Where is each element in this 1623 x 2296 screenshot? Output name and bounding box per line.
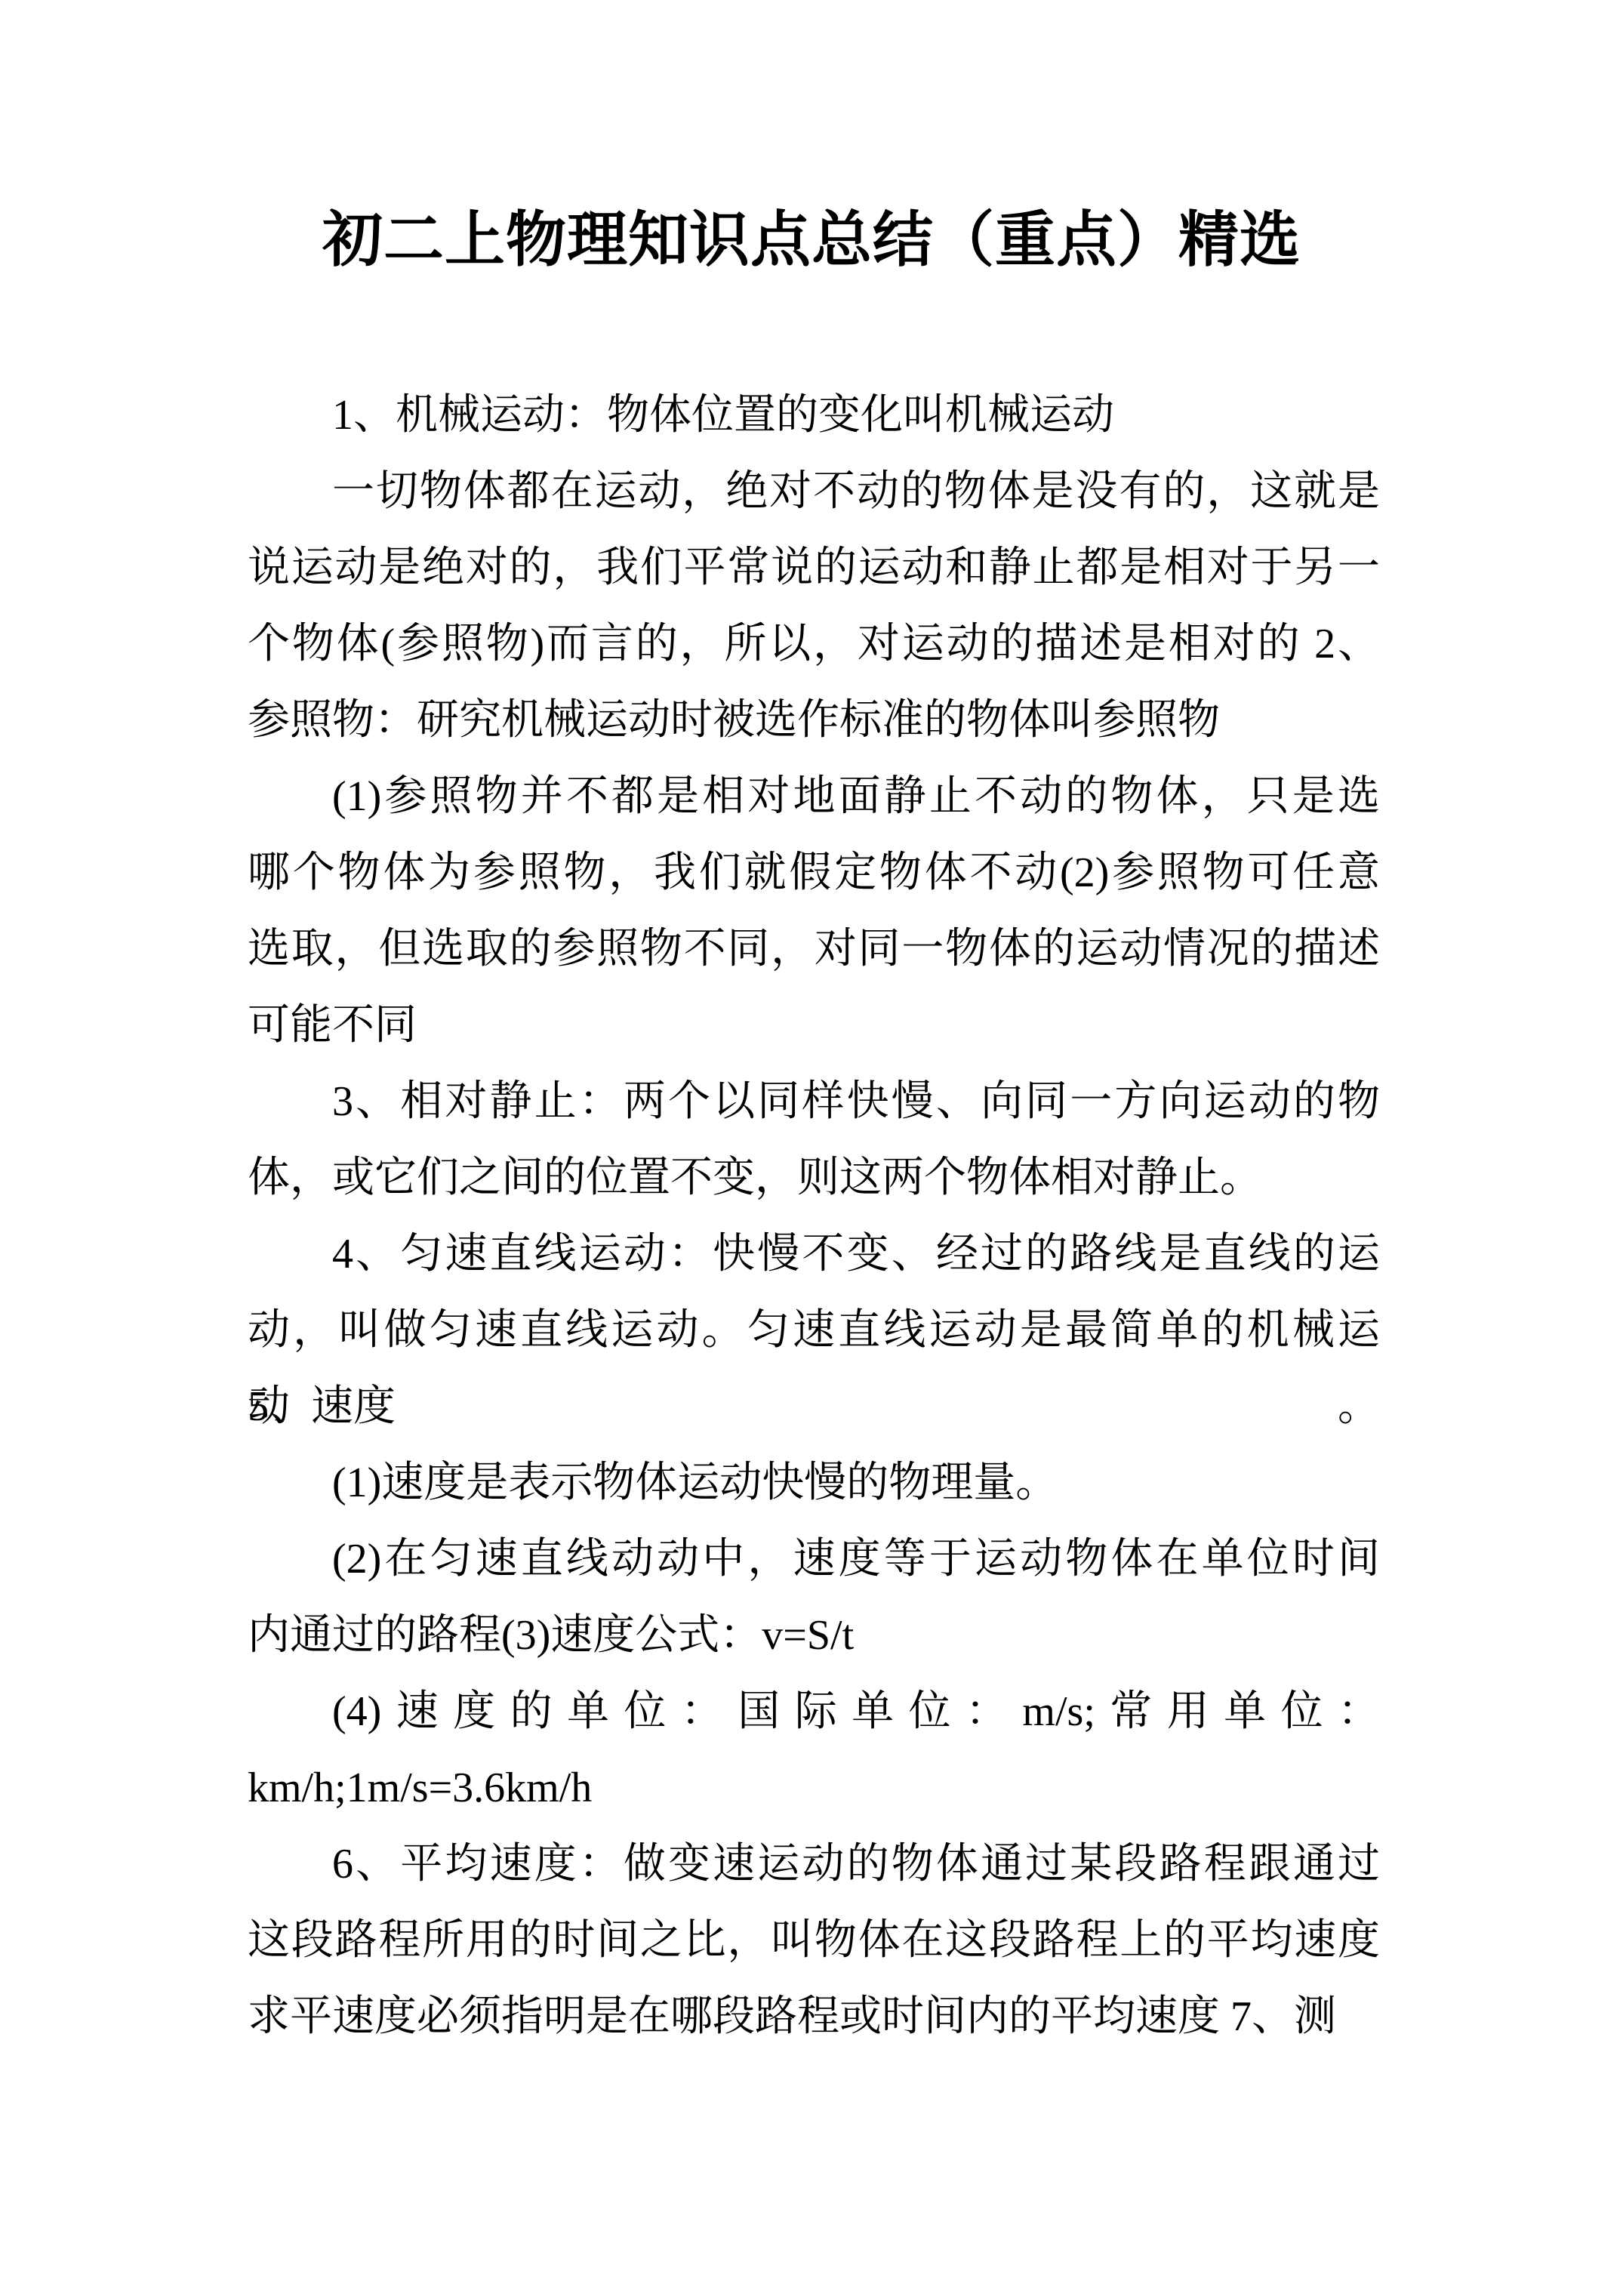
text-line: 体，或它们之间的位置不变，则这两个物体相对静止。 (248, 1140, 1380, 1216)
text-line: 6、平均速度：做变速运动的物体通过某段路程跟通过 (248, 1826, 1380, 1903)
text-line: 一切物体都在运动，绝对不动的物体是没有的，这就是 (248, 454, 1380, 530)
text-line: 个物体(参照物)而言的，所以，对运动的描述是相对的 2、 (248, 606, 1380, 683)
text-line: 选取，但选取的参照物不同，对同一物体的运动情况的描述 (248, 911, 1380, 988)
text-line: 3、相对静止：两个以同样快慢、向同一方向运动的物 (248, 1064, 1380, 1140)
text-line: (1)速度是表示物体运动快慢的物理量。 (248, 1445, 1380, 1521)
text-line: (2)在匀速直线动动中，速度等于运动物体在单位时间 (248, 1521, 1380, 1598)
text-line: 动，叫做匀速直线运动。匀速直线运动是最简单的机械运动。 (248, 1293, 1380, 1369)
text-line: 1、机械运动：物体位置的变化叫机械运动 (248, 378, 1380, 454)
text-line: 哪个物体为参照物，我们就假定物体不动(2)参照物可任意 (248, 835, 1380, 911)
text-line: (4)速度的单位：国际单位：m/s;常用单位： (248, 1674, 1380, 1750)
document-title: 初二上物理知识点总结（重点）精选 (0, 202, 1623, 279)
text-line: 求平速度必须指明是在哪段路程或时间内的平均速度 7、测 (248, 1979, 1380, 2055)
text-line: km/h;1m/s=3.6km/h (248, 1750, 1380, 1826)
text-line: 参照物：研究机械运动时被选作标准的物体叫参照物 (248, 683, 1380, 759)
text-line: 这段路程所用的时间之比，叫物体在这段路程上的平均速度 (248, 1903, 1380, 1979)
document-body: 1、机械运动：物体位置的变化叫机械运动一切物体都在运动，绝对不动的物体是没有的，… (248, 378, 1380, 2055)
document-page: 初二上物理知识点总结（重点）精选 1、机械运动：物体位置的变化叫机械运动一切物体… (0, 0, 1623, 2296)
text-line: 内通过的路程(3)速度公式：v=S/t (248, 1598, 1380, 1674)
text-line: 说运动是绝对的，我们平常说的运动和静止都是相对于另一 (248, 530, 1380, 606)
text-line: (1)参照物并不都是相对地面静止不动的物体，只是选 (248, 759, 1380, 835)
text-line: 可能不同 (248, 988, 1380, 1064)
text-line: 4、匀速直线运动：快慢不变、经过的路线是直线的运 (248, 1216, 1380, 1293)
